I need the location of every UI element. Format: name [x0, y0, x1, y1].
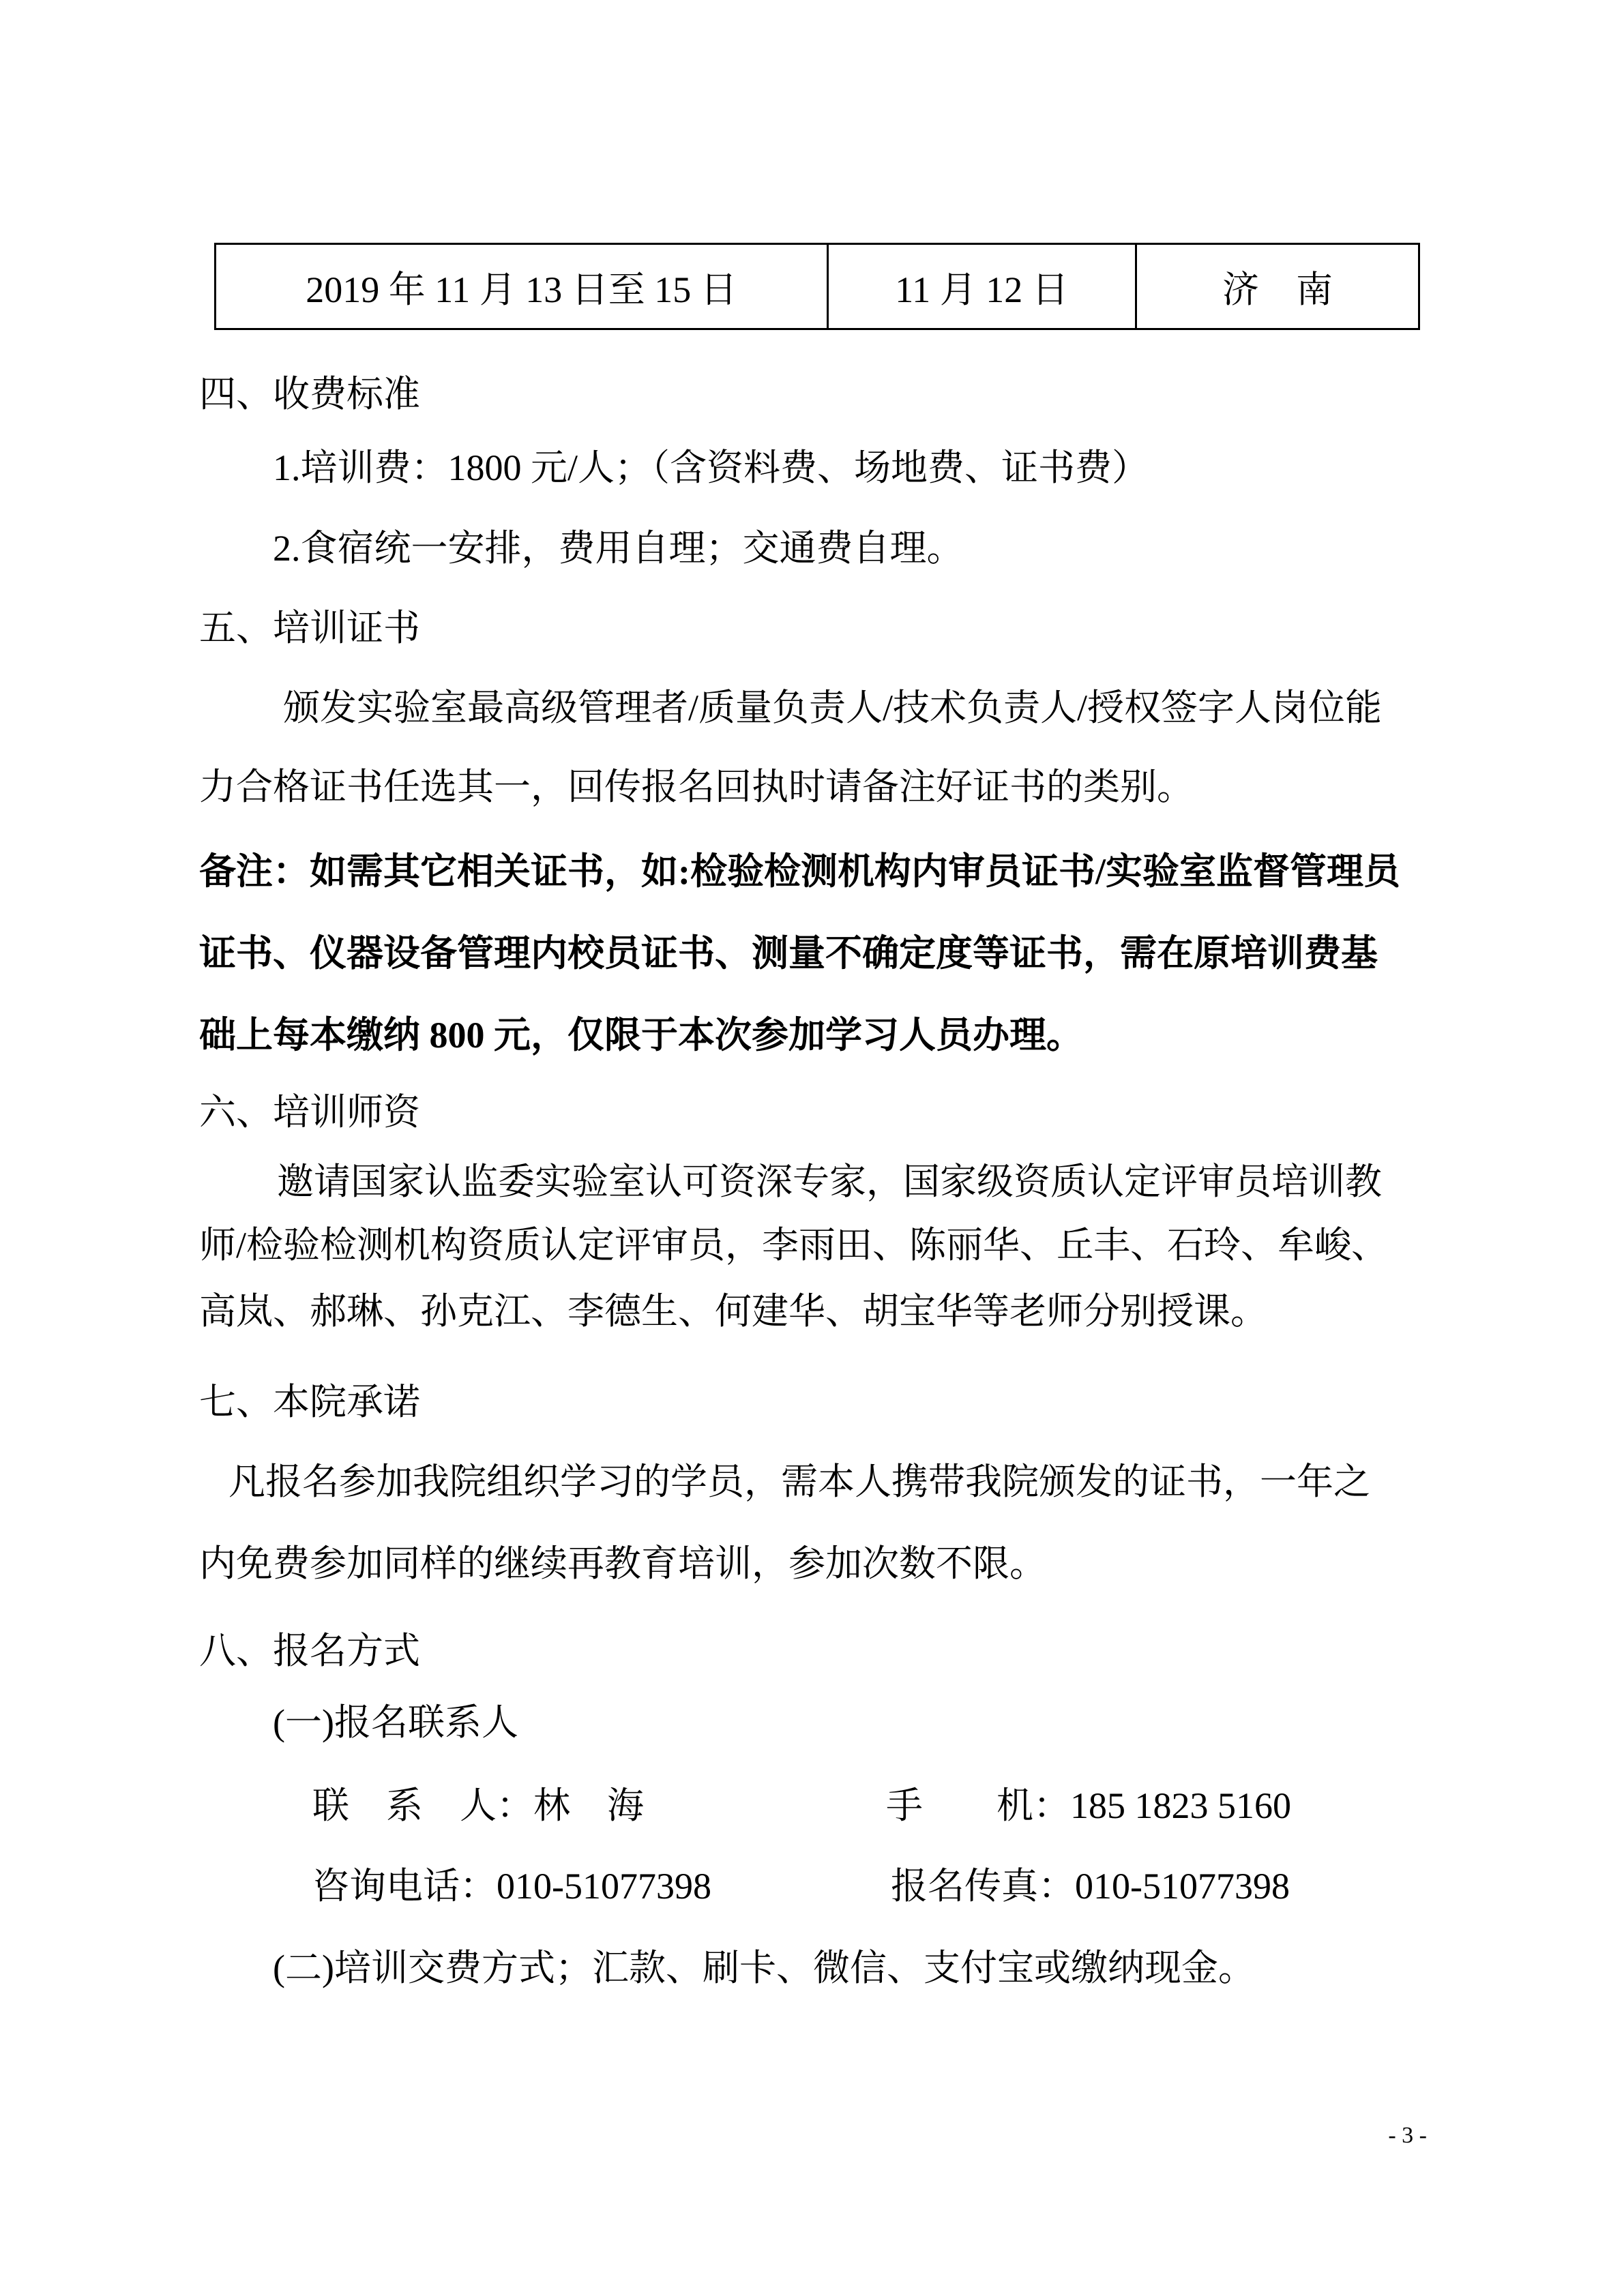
schedule-table: 2019 年 11 月 13 日至 15 日 11 月 12 日 济 南: [214, 243, 1420, 330]
certificate-paragraph-line-1: 颁发实验室最高级管理者/质量负责人/技术负责人/授权签字人岗位能: [199, 689, 1427, 727]
contact-mobile: 手 机：185 1823 5160: [886, 1785, 1291, 1826]
section-certificate-heading: 五、培训证书: [199, 609, 1427, 647]
cell-report-date: 11 月 12 日: [828, 244, 1136, 329]
page-number: - 3 -: [1388, 2122, 1427, 2149]
contact-phone: 咨询电话：010-51077398: [312, 1867, 891, 1905]
table-row: 2019 年 11 月 13 日至 15 日 11 月 12 日 济 南: [216, 244, 1419, 329]
certificate-paragraph-line-2: 力合格证书任选其一，回传报名回执时请备注好证书的类别。: [199, 768, 1427, 806]
contact-row-1: 联 系 人：林 海手 机：185 1823 5160: [199, 1787, 1427, 1825]
fees-item-2: 2.食宿统一安排，费用自理；交通费自理。: [199, 529, 1427, 567]
faculty-paragraph-line-2: 师/检验检测机构资质认定评审员，李雨田、陈丽华、丘丰、石玲、牟峻、: [199, 1226, 1427, 1264]
section-promise-heading: 七、本院承诺: [199, 1383, 1427, 1421]
note-line-1: 备注：如需其它相关证书，如:检验检测机构内审员证书/实验室监督管理员: [199, 852, 1427, 891]
section-registration-heading: 八、报名方式: [199, 1632, 1427, 1670]
faculty-paragraph-line-1: 邀请国家认监委实验室认可资深专家，国家级资质认定评审员培训教: [199, 1163, 1427, 1201]
section-fees-heading: 四、收费标准: [199, 375, 1427, 413]
faculty-paragraph-line-3: 高岚、郝琳、孙克江、李德生、何建华、胡宝华等老师分别授课。: [199, 1292, 1427, 1330]
section-faculty-heading: 六、培训师资: [199, 1093, 1427, 1131]
registration-sub1: (一)报名联系人: [199, 1703, 1427, 1742]
cell-location: 济 南: [1136, 244, 1419, 329]
contact-name: 联 系 人：林 海: [312, 1787, 886, 1825]
promise-paragraph-line-2: 内免费参加同样的继续再教育培训，参加次数不限。: [199, 1545, 1427, 1583]
note-line-3: 础上每本缴纳 800 元，仅限于本次参加学习人员办理。: [199, 1016, 1427, 1054]
contact-row-2: 咨询电话：010-51077398报名传真：010-51077398: [199, 1867, 1427, 1905]
fees-item-1: 1.培训费：1800 元/人；（含资料费、场地费、证书费）: [199, 449, 1427, 487]
registration-sub2: (二)培训交费方式；汇款、刷卡、微信、支付宝或缴纳现金。: [199, 1949, 1427, 1987]
contact-fax: 报名传真：010-51077398: [891, 1866, 1290, 1907]
note-line-2: 证书、仪器设备管理内校员证书、测量不确定度等证书，需在原培训费基: [199, 934, 1427, 972]
cell-training-dates: 2019 年 11 月 13 日至 15 日: [216, 244, 828, 329]
document-page: 2019 年 11 月 13 日至 15 日 11 月 12 日 济 南 四、收…: [0, 0, 1624, 2296]
promise-paragraph-line-1: 凡报名参加我院组织学习的学员，需本人携带我院颁发的证书，一年之: [199, 1463, 1427, 1501]
